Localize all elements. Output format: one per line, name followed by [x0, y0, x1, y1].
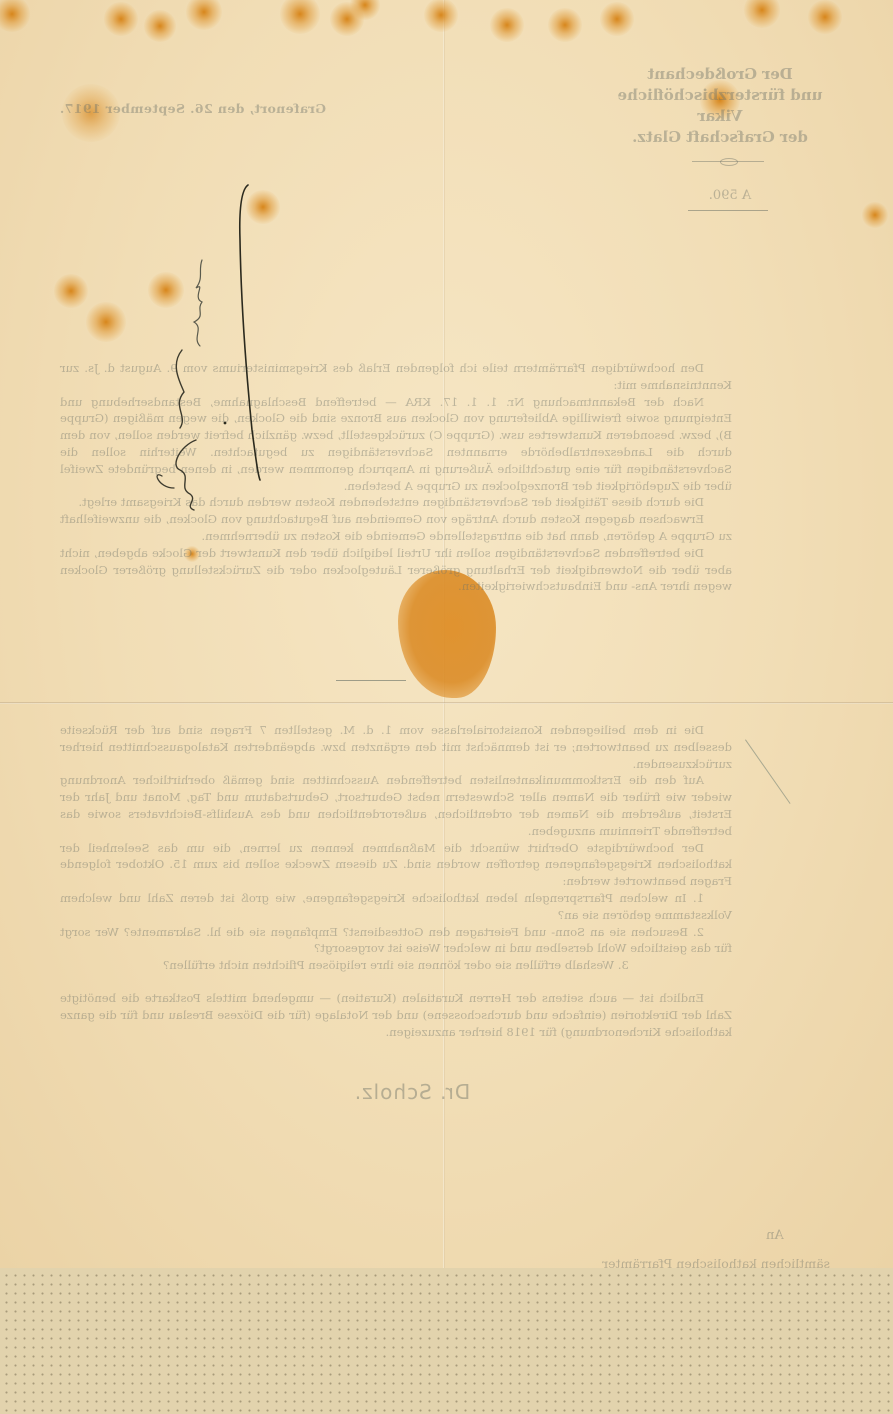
body-section-directories: Endlich ist — auch seitens der Herren Ku… — [60, 990, 732, 1040]
foxing-stain — [54, 274, 88, 308]
foxing-stain — [744, 0, 780, 28]
body-section-questions: Die in dem beiliegenden Konsistorialerla… — [60, 722, 732, 974]
foxing-stain — [86, 302, 126, 342]
foxing-stain — [0, 0, 30, 32]
paragraph: Auf den die Erstkommunikantenlisten betr… — [60, 772, 732, 839]
paragraph: Endlich ist — auch seitens der Herren Ku… — [60, 990, 732, 1040]
foxing-stain — [862, 202, 888, 228]
pencil-stroke — [745, 739, 791, 804]
foxing-stain — [490, 8, 524, 42]
horizontal-fold-crease — [0, 702, 893, 704]
foxing-stain — [144, 10, 176, 42]
foxing-stain — [808, 0, 842, 34]
paragraph: Die in dem beiliegenden Konsistorialerla… — [60, 722, 732, 772]
foxing-stain — [548, 8, 582, 42]
letterhead-sender: Der Großdechant und fürsterzbischöfliche… — [600, 64, 840, 148]
ornament-divider — [692, 161, 764, 162]
address-prefix: An — [766, 1228, 784, 1243]
printed-signature: Dr. Scholz. — [322, 1080, 502, 1104]
letter-date: Grafenort, den 26. September 1917. — [60, 101, 326, 116]
letter-page: Der Großdechant und fürsterzbischöfliche… — [0, 0, 893, 1268]
image-padding — [0, 1268, 893, 1414]
paragraph: Der hochwürdigste Oberhirt wünscht die M… — [60, 840, 732, 890]
foxing-stain — [600, 2, 634, 36]
address-line: sämtlichen katholischen Pfarrämter — [540, 1256, 830, 1268]
handwritten-signature: Erh. Glorben — [140, 170, 300, 590]
question-item: 3. Weshalb erfüllen sie oder können sie … — [60, 957, 732, 974]
letterhead-line: und fürsterzbischöfliche Vikar — [600, 85, 840, 127]
reference-underline — [688, 210, 768, 211]
question-item: 2. Besuchen sie an Sonn- und Feiertagen … — [60, 924, 732, 958]
letterhead-line: der Grafschaft Glatz. — [600, 127, 840, 148]
foxing-stain — [104, 2, 138, 36]
question-item: 1. In welchen Pfarrsprengeln leben katho… — [60, 890, 732, 924]
section-divider-line — [336, 680, 406, 681]
foxing-stain — [280, 0, 320, 34]
foxing-stain — [424, 0, 458, 32]
letterhead-line: Der Großdechant — [600, 64, 840, 85]
reference-number: A 590. — [700, 188, 760, 203]
foxing-stain — [186, 0, 222, 30]
